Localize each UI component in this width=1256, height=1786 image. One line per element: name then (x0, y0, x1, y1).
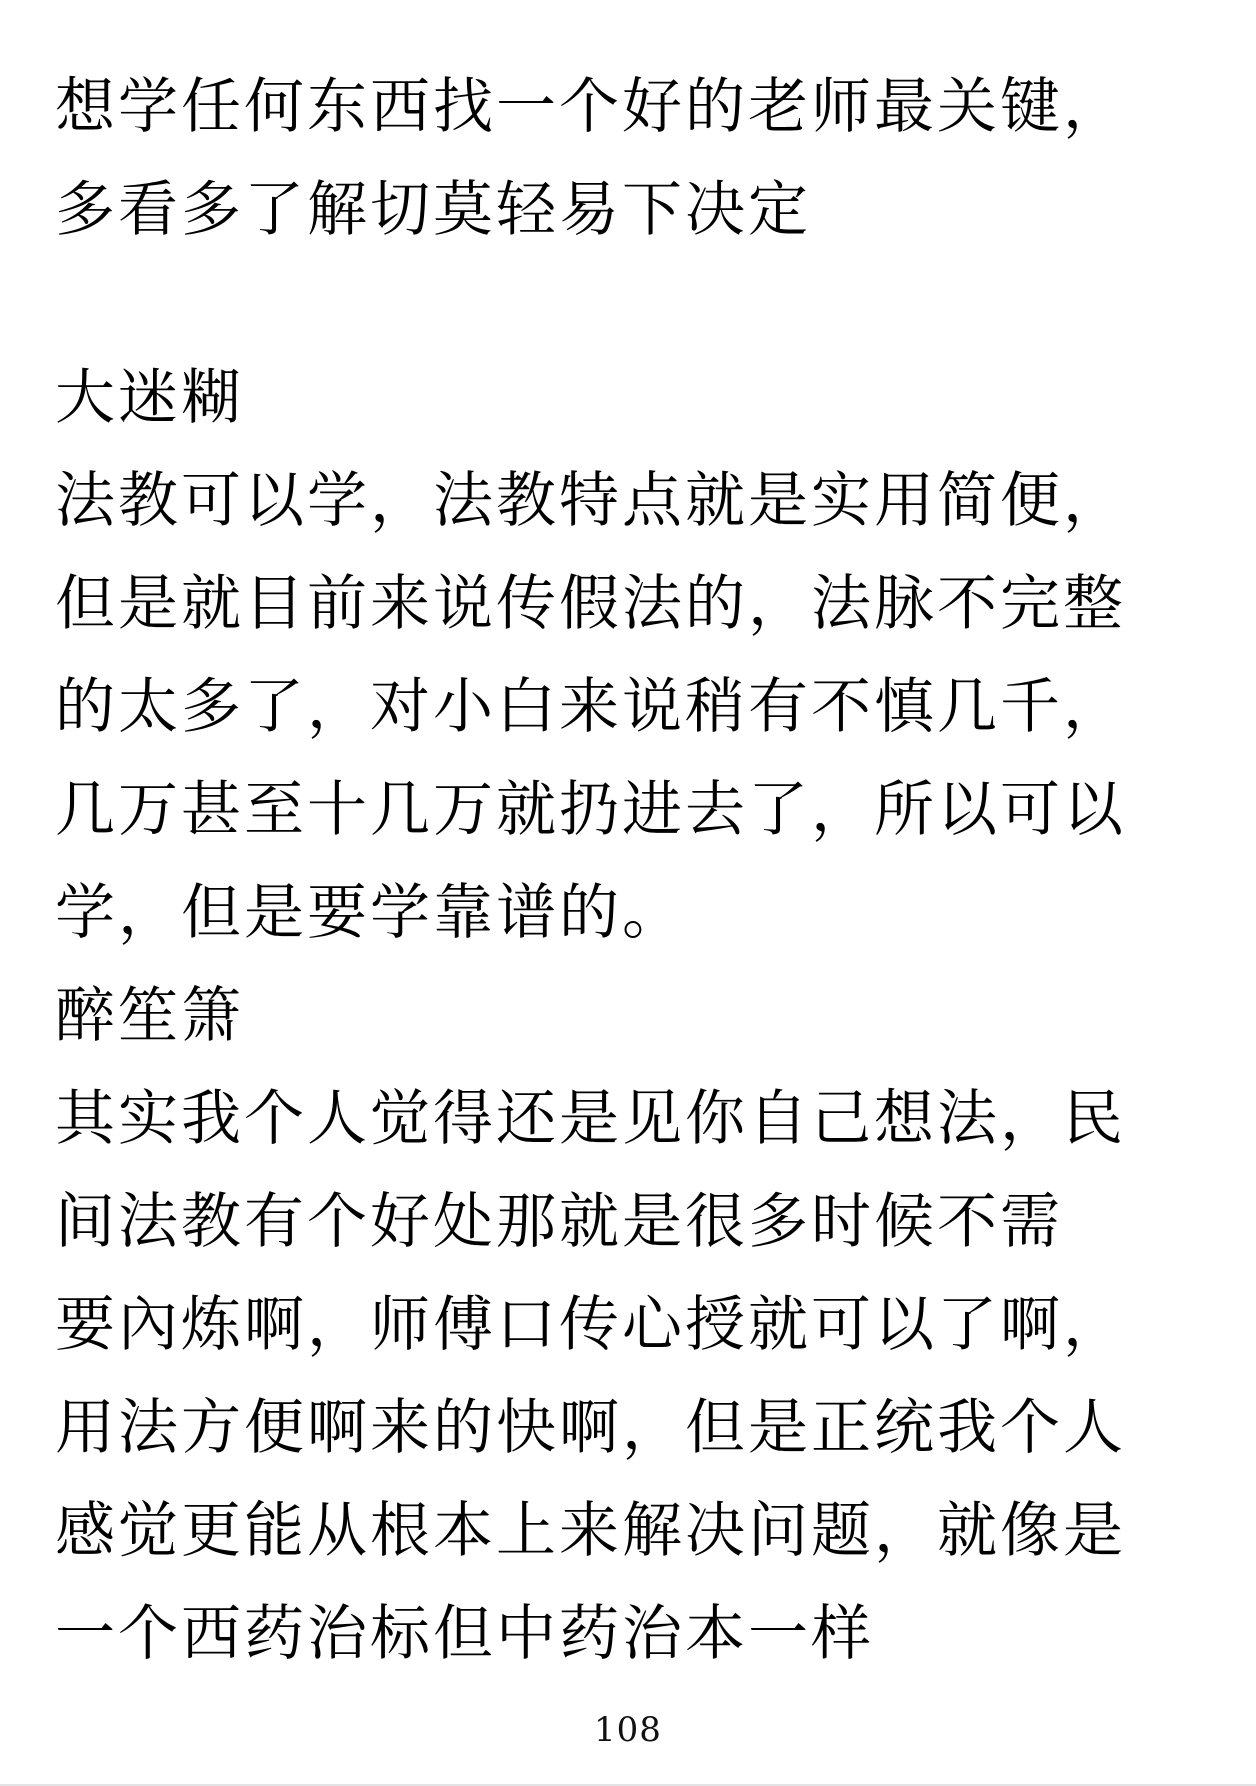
speaker-name: 醉笙箫 (55, 959, 1216, 1062)
text-line: 一个西药治标但中药治本一样 (55, 1577, 1216, 1680)
text-block: 想学任何东西找一个好的老师最关键， 多看多了解切莫轻易下决定 大迷糊 法教可以学… (55, 50, 1216, 1680)
paragraph-spacer (55, 256, 1216, 341)
text-line: 用法方便啊来的快啊，但是正统我个人 (55, 1371, 1216, 1474)
text-line: 感觉更能从根本上来解决问题，就像是 (55, 1474, 1216, 1577)
text-line: 但是就目前来说传假法的，法脉不完整 (55, 547, 1216, 650)
page-number: 108 (0, 1710, 1256, 1750)
document-page: 想学任何东西找一个好的老师最关键， 多看多了解切莫轻易下决定 大迷糊 法教可以学… (0, 0, 1256, 1786)
text-line: 几万甚至十几万就扔进去了，所以可以 (55, 753, 1216, 856)
text-line: 多看多了解切莫轻易下决定 (55, 153, 1216, 256)
text-line: 的太多了，对小白来说稍有不慎几千， (55, 650, 1216, 753)
text-line: 法教可以学，法教特点就是实用简便， (55, 444, 1216, 547)
text-line: 其实我个人觉得还是见你自己想法，民 (55, 1062, 1216, 1165)
text-line: 想学任何东西找一个好的老师最关键， (55, 50, 1216, 153)
text-line: 要內炼啊，师傅口传心授就可以了啊， (55, 1268, 1216, 1371)
text-line: 间法教有个好处那就是很多时候不需 (55, 1165, 1216, 1268)
text-line: 学，但是要学靠谱的。 (55, 856, 1216, 959)
speaker-name: 大迷糊 (55, 341, 1216, 444)
